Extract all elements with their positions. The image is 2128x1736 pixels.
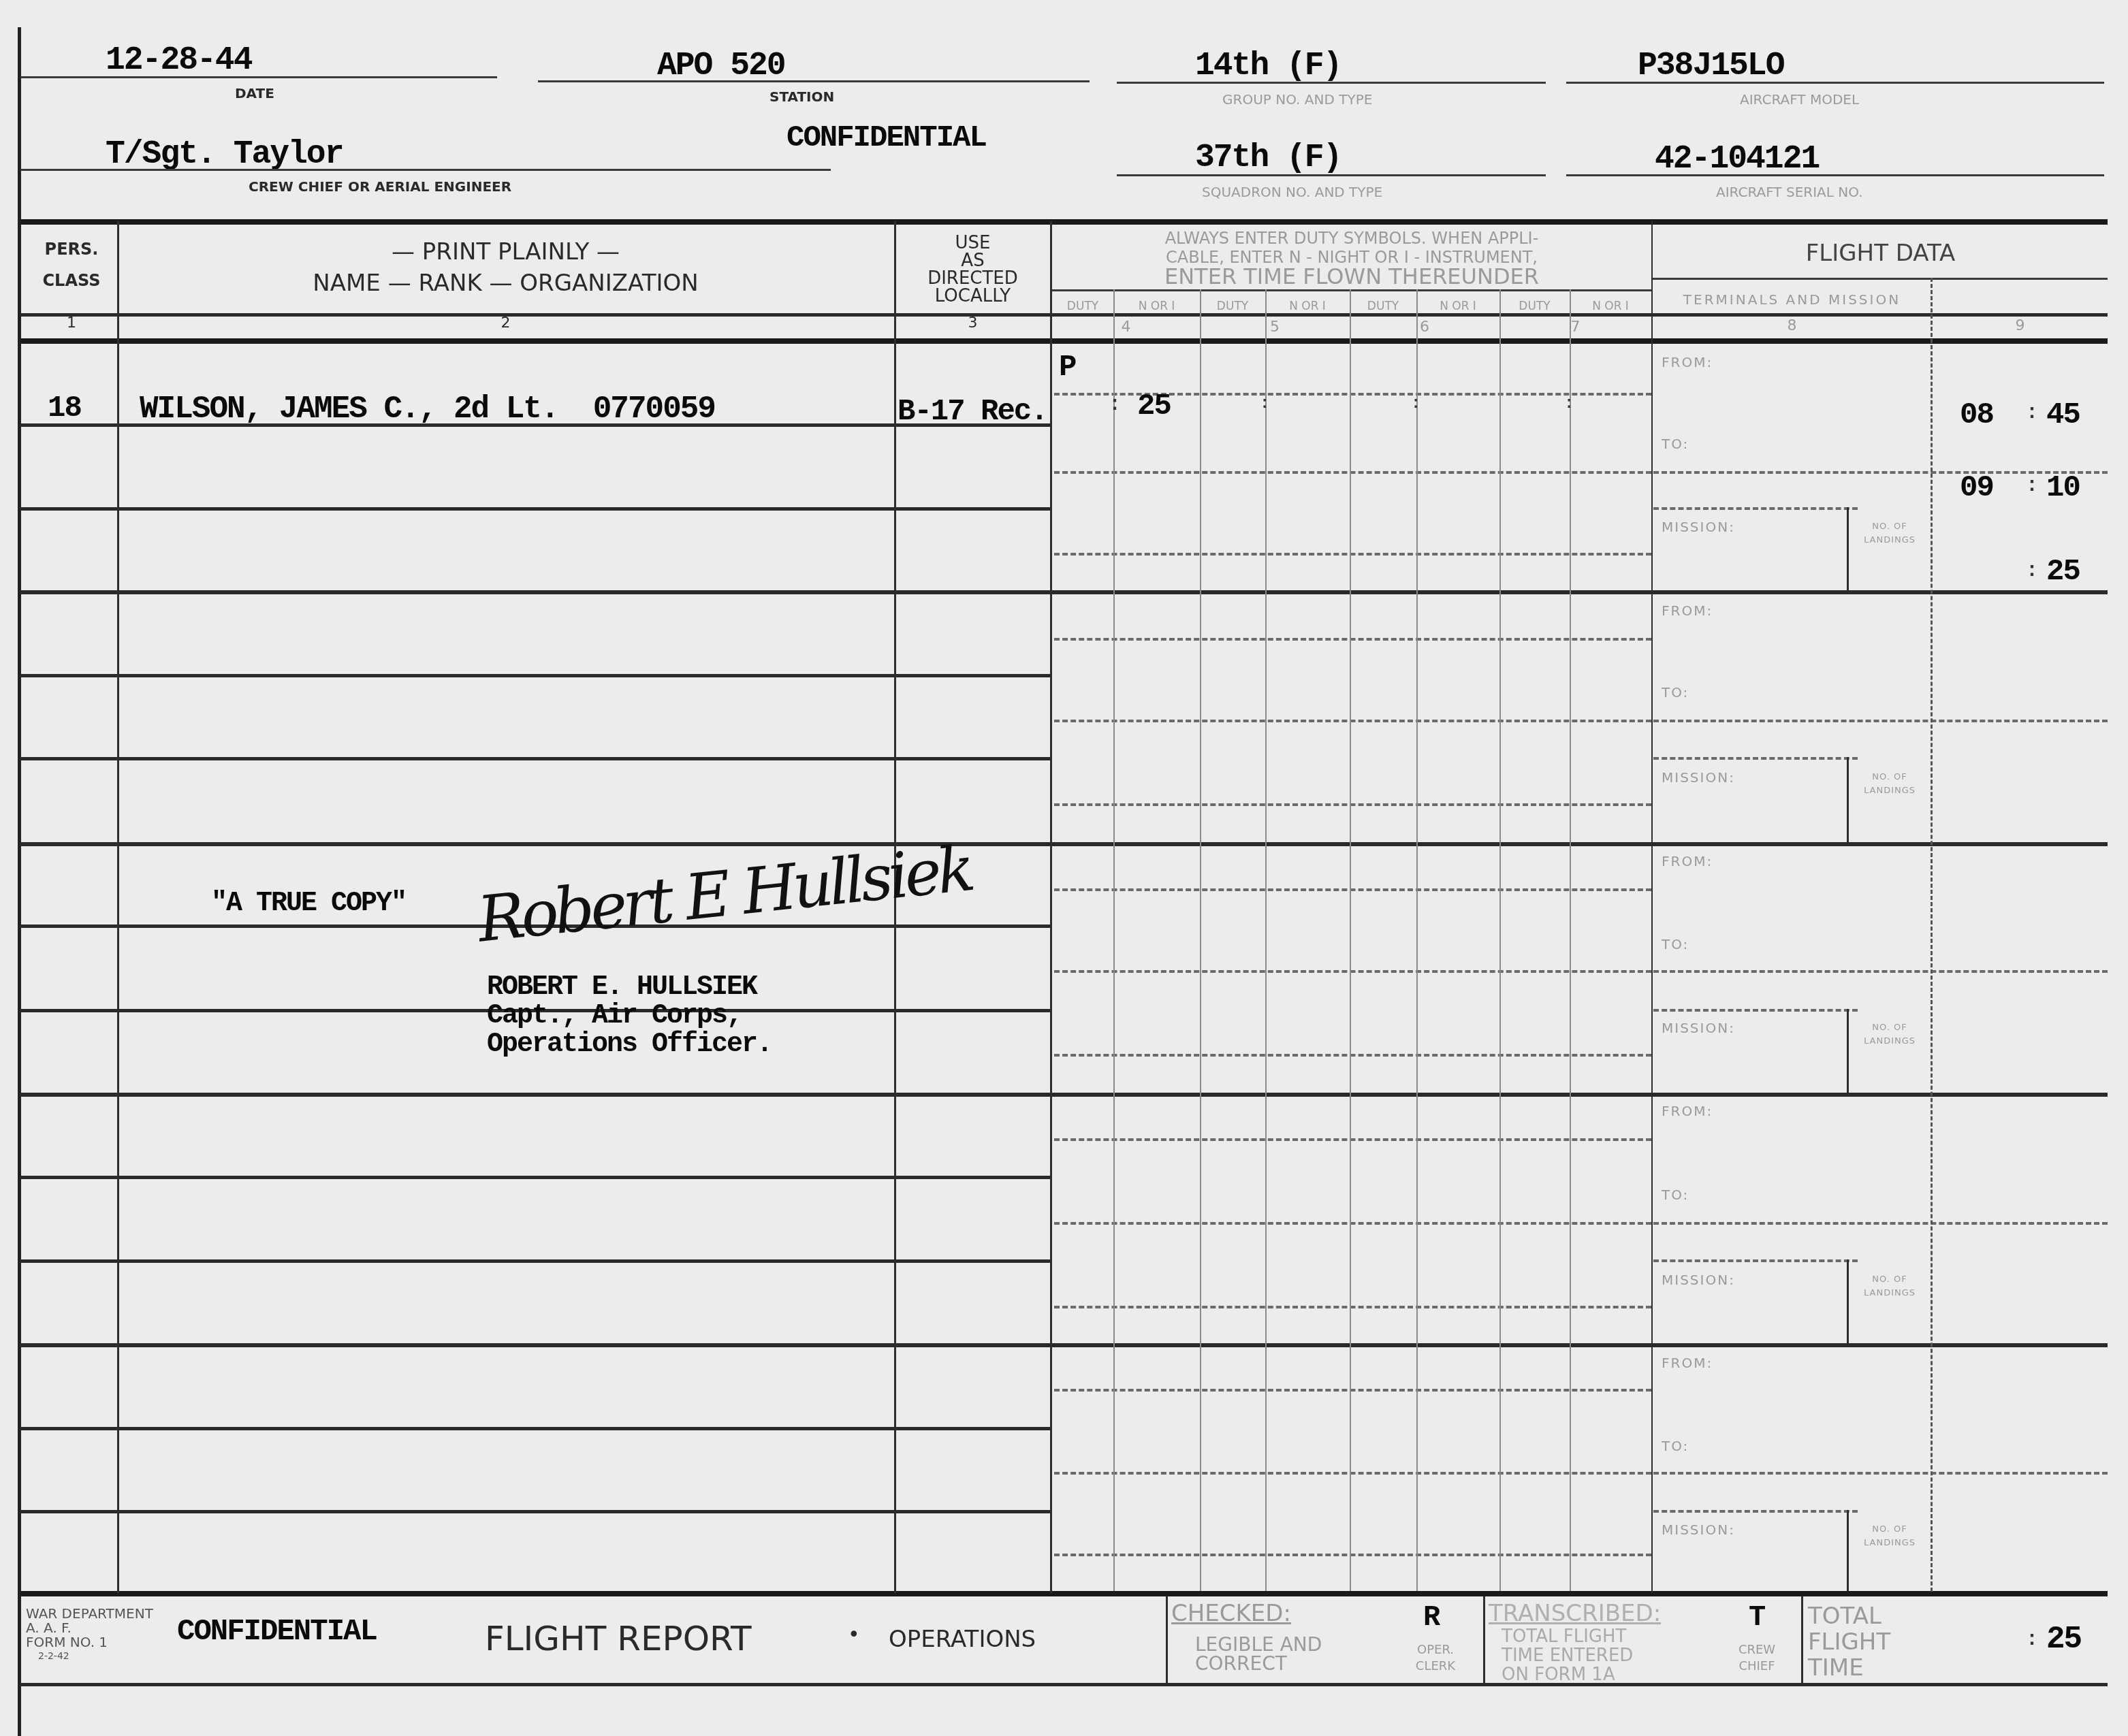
col-num-5: 5 [1200, 319, 1350, 336]
duty-sub-col [1350, 289, 1351, 1591]
duty-dash [1054, 803, 1651, 806]
row-line [20, 590, 2108, 594]
to-label: TO: [1662, 936, 1689, 952]
oper-label: OPER. [1408, 1642, 1463, 1658]
header-num-bottom [20, 338, 2108, 344]
duty-sub-headers: DUTY N OR I DUTY N OR I DUTY N OR I DUTY… [1052, 300, 1651, 313]
col-divider-1 [117, 221, 119, 1593]
duty-instructions: ALWAYS ENTER DUTY SYMBOLS. WHEN APPLI- C… [1052, 229, 1651, 286]
station-value: APO 520 [657, 48, 785, 84]
total-flight-time-label: TOTAL FLIGHT TIME [1808, 1603, 1890, 1681]
duty-dash [1054, 1554, 1651, 1556]
crew-chief-label: CREW CHIEF OR AERIAL ENGINEER [249, 178, 511, 195]
group-value: 14th (F) [1195, 48, 1341, 84]
duty-dash [1054, 720, 1651, 722]
row-line [20, 757, 1052, 760]
row-line [20, 1093, 2108, 1097]
group-label: GROUP NO. AND TYPE [1222, 91, 1372, 108]
duty-time-value[interactable]: 25 [1137, 389, 1171, 423]
fd-dash [1653, 507, 1858, 510]
duty-dash [1054, 1472, 1651, 1475]
duty-sub-col [1416, 289, 1418, 1591]
duty-sub-col [1570, 289, 1571, 1591]
true-copy-text: "A TRUE COPY" [211, 888, 406, 919]
col-divider-3 [1050, 221, 1052, 1593]
fd-dash [1653, 1259, 1858, 1262]
landings-divider [1847, 1259, 1849, 1343]
time-colon: : [1109, 393, 1121, 417]
total-time-colon: : [2026, 1628, 2038, 1652]
to-time-hours[interactable]: 09 [1960, 471, 1993, 505]
duty-sub-col [1499, 289, 1501, 1591]
duty-dash [1054, 553, 1651, 556]
duty-symbol-value[interactable]: P [1059, 351, 1075, 385]
aircraft-model-label: AIRCRAFT MODEL [1740, 91, 1859, 108]
from-label: FROM: [1662, 602, 1713, 619]
crew-chief-value: T/Sgt. Taylor [106, 136, 343, 173]
duty-sub-divider [1052, 289, 1651, 291]
name-rank-value[interactable]: WILSON, JAMES C., 2d Lt. 0770059 [140, 391, 715, 427]
mission-label: MISSION: [1662, 519, 1735, 535]
station-line [538, 80, 1090, 82]
officer-signature-block: ROBERT E. HULLSIEK Capt., Air Corps, Ope… [487, 974, 772, 1059]
col-divider-flight [1651, 221, 1653, 1593]
use-locally-value[interactable]: B-17 Rec. [898, 395, 1047, 429]
fd-dash [1653, 720, 2108, 722]
aircraft-serial-line [1566, 174, 2104, 176]
table-top-border [20, 219, 2108, 225]
col-num-2: 2 [119, 315, 892, 332]
landings-label: NO. OF LANDINGS [1849, 771, 1930, 798]
squadron-label: SQUADRON NO. AND TYPE [1202, 184, 1382, 200]
form-subtitle: OPERATIONS [889, 1626, 1036, 1653]
to-time-minutes[interactable]: 10 [2046, 471, 2080, 505]
duty-sub-0: DUTY [1052, 300, 1113, 313]
duty-instructions-line3: ENTER TIME FLOWN THEREUNDER [1052, 267, 1651, 286]
aircraft-serial-value: 42-104121 [1655, 141, 1819, 178]
fd-dash [1653, 970, 2108, 973]
checked-box-left [1166, 1596, 1168, 1684]
fd-dash [1653, 1222, 2108, 1225]
crew-chief-initial[interactable]: T [1749, 1601, 1764, 1634]
duty-sub-4: DUTY [1350, 300, 1416, 313]
title-bullet: • [848, 1623, 860, 1647]
to-time-colon: : [2026, 475, 2038, 498]
from-time-hours[interactable]: 08 [1960, 398, 1993, 432]
table-bottom-border [20, 1591, 2108, 1596]
date-line [20, 76, 497, 78]
row-line [20, 1176, 1052, 1179]
pers-class-value[interactable]: 18 [48, 391, 81, 425]
confidential-stamp-top: CONFIDENTIAL [787, 121, 986, 155]
mission-time-value[interactable]: 25 [2046, 555, 2080, 589]
to-label: TO: [1662, 436, 1689, 452]
duty-sub-col [1265, 289, 1267, 1591]
officer-name: ROBERT E. HULLSIEK [487, 974, 772, 1002]
mission-label: MISSION: [1662, 1272, 1735, 1288]
colon-mark: : [1564, 395, 1574, 413]
total-flight-time-value[interactable]: 25 [2046, 1622, 2081, 1657]
from-label: FROM: [1662, 853, 1713, 869]
crew-chief-footer-label: CREW CHIEF [1730, 1642, 1784, 1675]
fd-dash [1653, 757, 1858, 760]
col-num-1: 1 [27, 315, 116, 332]
flight-data-divider [1651, 278, 2108, 280]
dept-line-2: A. A. F. [26, 1621, 153, 1635]
duty-sub-col [1200, 289, 1201, 1591]
transcribed-line-3: ON FORM 1A [1502, 1665, 1633, 1684]
form-left-border [18, 27, 21, 1736]
dept-line-4: 2-2-42 [26, 1650, 153, 1664]
duty-sub-3: N OR I [1265, 300, 1350, 313]
total-box-left [1801, 1596, 1803, 1684]
date-label: DATE [235, 85, 274, 101]
duty-instructions-line1: ALWAYS ENTER DUTY SYMBOLS. WHEN APPLI- [1052, 229, 1651, 248]
duty-col-nums: 4 5 6 7 [1052, 319, 1651, 336]
colon-mark: : [1411, 395, 1420, 413]
landings-divider [1847, 1510, 1849, 1591]
to-label: TO: [1662, 1438, 1689, 1454]
from-time-minutes[interactable]: 45 [2046, 398, 2080, 432]
aircraft-model-line [1566, 82, 2104, 84]
use-locally-header: USE AS DIRECTED LOCALLY [896, 234, 1049, 305]
mission-label: MISSION: [1662, 1522, 1735, 1538]
aircraft-model-value: P38J15LO [1638, 48, 1783, 84]
flight-data-header: FLIGHT DATA [1653, 240, 2108, 267]
mission-time-colon: : [2026, 560, 2038, 583]
pers-class-header-2: CLASS [27, 271, 116, 290]
duty-dash [1054, 888, 1651, 891]
from-label: FROM: [1662, 354, 1713, 370]
pers-class-header-1: PERS. [27, 240, 116, 259]
duty-dash [1054, 970, 1651, 973]
row-line [20, 842, 2108, 846]
group-line [1117, 82, 1546, 84]
col-num-6: 6 [1350, 319, 1499, 336]
landings-label: NO. OF LANDINGS [1849, 1021, 1930, 1048]
transcribed-label: TRANSCRIBED: [1489, 1600, 1661, 1627]
use-locally-line4: LOCALLY [896, 287, 1049, 305]
legible-line: LEGIBLE AND [1195, 1635, 1322, 1654]
landings-divider [1847, 1009, 1849, 1093]
print-plainly-header: — PRINT PLAINLY — [119, 238, 892, 266]
duty-dash [1054, 1222, 1651, 1225]
row-line [20, 1510, 1052, 1513]
total-label-3: TIME [1808, 1655, 1890, 1681]
duty-sub-7: N OR I [1570, 300, 1651, 313]
duty-sub-2: DUTY [1200, 300, 1265, 313]
crew-label: CREW [1730, 1642, 1784, 1658]
from-label: FROM: [1662, 1355, 1713, 1371]
col-num-4: 4 [1052, 319, 1200, 336]
aircraft-serial-label: AIRCRAFT SERIAL NO. [1716, 184, 1863, 200]
station-label: STATION [769, 89, 834, 105]
landings-label: NO. OF LANDINGS [1849, 520, 1930, 547]
oper-clerk-label: OPER. CLERK [1408, 1642, 1463, 1675]
officer-title: Operations Officer. [487, 1031, 772, 1059]
from-label: FROM: [1662, 1103, 1713, 1119]
use-locally-line2: AS [896, 252, 1049, 270]
crew-chief-line [20, 169, 831, 171]
legible-correct-text: LEGIBLE AND CORRECT [1195, 1635, 1322, 1673]
landings-divider [1847, 757, 1849, 842]
use-locally-line3: DIRECTED [896, 270, 1049, 287]
clerk-label: CLERK [1408, 1658, 1463, 1675]
total-label-1: TOTAL [1808, 1603, 1890, 1629]
fd-dash [1653, 1510, 1858, 1513]
to-label: TO: [1662, 684, 1689, 701]
col-num-8: 8 [1653, 317, 1931, 334]
war-department-block: WAR DEPARTMENT A. A. F. FORM NO. 1 2-2-4… [26, 1607, 153, 1664]
row-line [20, 1259, 1052, 1263]
landings-label: NO. OF LANDINGS [1849, 1523, 1930, 1550]
duty-sub-5: N OR I [1416, 300, 1499, 313]
row-line [20, 1343, 2108, 1347]
fd-dash [1653, 471, 2108, 474]
squadron-value: 37th (F) [1195, 140, 1341, 176]
landings-divider [1847, 507, 1849, 590]
correct-line: CORRECT [1195, 1654, 1322, 1673]
confidential-stamp-bottom: CONFIDENTIAL [177, 1615, 377, 1649]
footer-bottom-border [20, 1683, 2108, 1686]
duty-dash [1054, 638, 1651, 641]
duty-dash [1054, 471, 1651, 474]
duty-sub-6: DUTY [1499, 300, 1570, 313]
name-rank-org-header: NAME — RANK — ORGANIZATION [119, 270, 892, 297]
duty-sub-1: N OR I [1113, 300, 1200, 313]
duty-dash [1054, 1389, 1651, 1392]
duty-sub-col [1113, 289, 1115, 1591]
transcribed-box-left [1483, 1596, 1485, 1684]
date-value: 12-28-44 [106, 42, 251, 79]
col-num-7: 7 [1499, 319, 1651, 336]
squadron-line [1117, 174, 1546, 176]
col-num-3: 3 [896, 315, 1049, 332]
to-label: TO: [1662, 1187, 1689, 1203]
row-line [20, 507, 1052, 511]
mission-label: MISSION: [1662, 769, 1735, 786]
checked-label: CHECKED: [1171, 1600, 1291, 1627]
officer-rank: Capt., Air Corps, [487, 1002, 772, 1031]
row-line [20, 1427, 1052, 1430]
transcribed-text: TOTAL FLIGHT TIME ENTERED ON FORM 1A [1502, 1627, 1633, 1684]
chief-label: CHIEF [1730, 1658, 1784, 1675]
oper-clerk-initial[interactable]: R [1423, 1601, 1439, 1634]
colon-mark: : [1260, 395, 1269, 413]
transcribed-line-2: TIME ENTERED [1502, 1646, 1633, 1665]
fd-dash [1653, 1472, 2108, 1475]
transcribed-line-1: TOTAL FLIGHT [1502, 1627, 1633, 1646]
terminals-mission-header: TERMINALS AND MISSION [1653, 291, 1931, 308]
officer-signature: Robert E Hullsiek [474, 832, 974, 956]
duty-dash [1054, 1138, 1651, 1141]
total-label-2: FLIGHT [1808, 1629, 1890, 1655]
mission-label: MISSION: [1662, 1020, 1735, 1036]
landings-label: NO. OF LANDINGS [1849, 1273, 1930, 1300]
duty-dash [1054, 1054, 1651, 1057]
duty-dash [1054, 1306, 1651, 1308]
fd-dash [1653, 1009, 1858, 1012]
dept-line-3: FORM NO. 1 [26, 1635, 153, 1650]
use-locally-line1: USE [896, 234, 1049, 252]
dept-line-1: WAR DEPARTMENT [26, 1607, 153, 1621]
col-divider-9 [1931, 278, 1933, 1592]
from-time-colon: : [2026, 402, 2038, 425]
form-title: FLIGHT REPORT [485, 1619, 752, 1658]
col-num-9: 9 [1933, 317, 2108, 334]
row-line [20, 674, 1052, 677]
